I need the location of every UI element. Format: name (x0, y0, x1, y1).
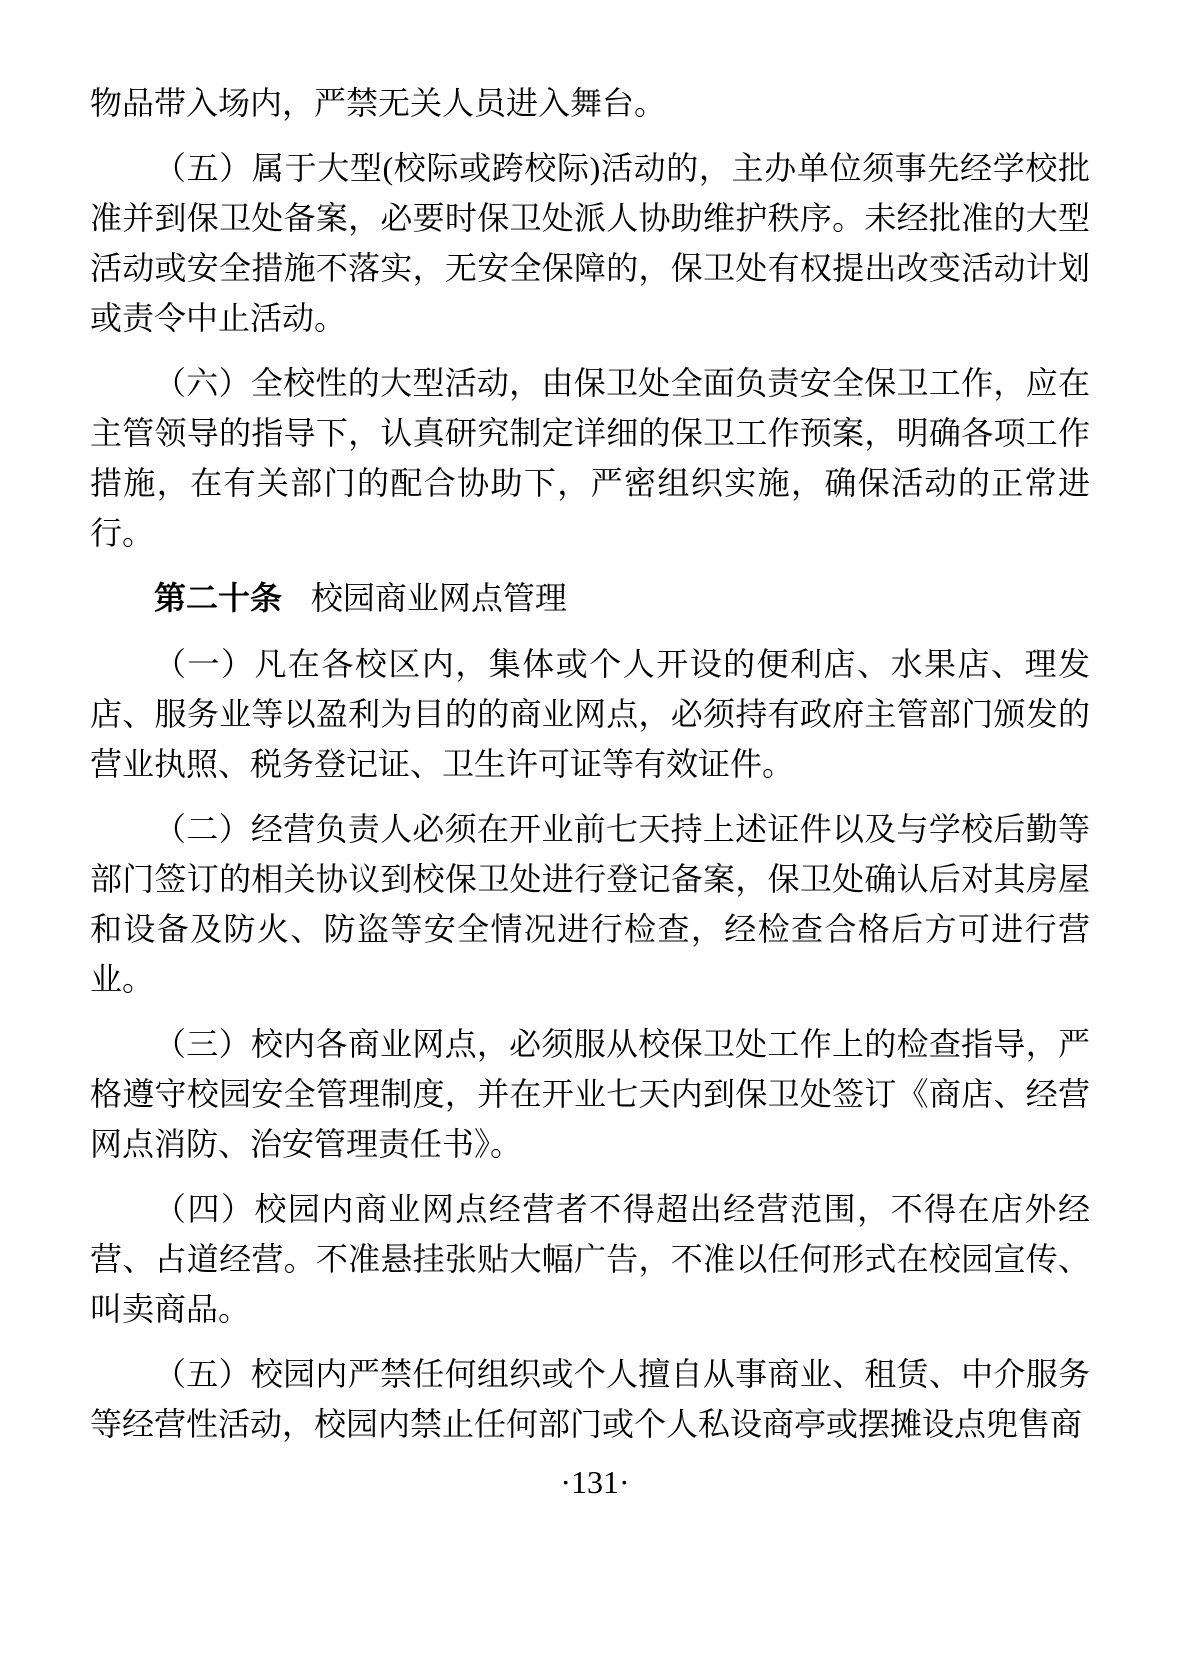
page-number: ·131· (0, 1462, 1190, 1502)
paragraph-continuation: 物品带入场内，严禁无关人员进入舞台。 (90, 78, 1090, 128)
document-page: 物品带入场内，严禁无关人员进入舞台。 （五）属于大型(校际或跨校际)活动的，主办… (0, 0, 1190, 1670)
paragraph-item-6-campus-wide-activities: （六）全校性的大型活动，由保卫处全面负责安全保卫工作，应在主管领导的指导下，认真… (90, 358, 1090, 558)
article-number: 第二十条 (154, 580, 282, 616)
paragraph-item-5-prohibited-business: （五）校园内严禁任何组织或个人擅自从事商业、租赁、中介服务等经营性活动，校园内禁… (90, 1349, 1090, 1449)
document-content: 物品带入场内，严禁无关人员进入舞台。 （五）属于大型(校际或跨校际)活动的，主办… (90, 78, 1090, 1464)
paragraph-item-1-business-licenses: （一）凡在各校区内，集体或个人开设的便利店、水果店、理发店、服务业等以盈利为目的… (90, 639, 1090, 789)
article-title: 校园商业网点管理 (311, 580, 567, 616)
article-heading: 第二十条校园商业网点管理 (90, 573, 1090, 623)
paragraph-item-4-business-scope: （四）校园内商业网点经营者不得超出经营范围，不得在店外经营、占道经营。不准悬挂张… (90, 1184, 1090, 1334)
paragraph-item-2-registration: （二）经营负责人必须在开业前七天持上述证件以及与学校后勤等部门签订的相关协议到校… (90, 804, 1090, 1004)
paragraph-item-5-large-activities: （五）属于大型(校际或跨校际)活动的，主办单位须事先经学校批准并到保卫处备案，必… (90, 143, 1090, 343)
paragraph-item-3-inspection: （三）校内各商业网点，必须服从校保卫处工作上的检查指导，严格遵守校园安全管理制度… (90, 1019, 1090, 1169)
